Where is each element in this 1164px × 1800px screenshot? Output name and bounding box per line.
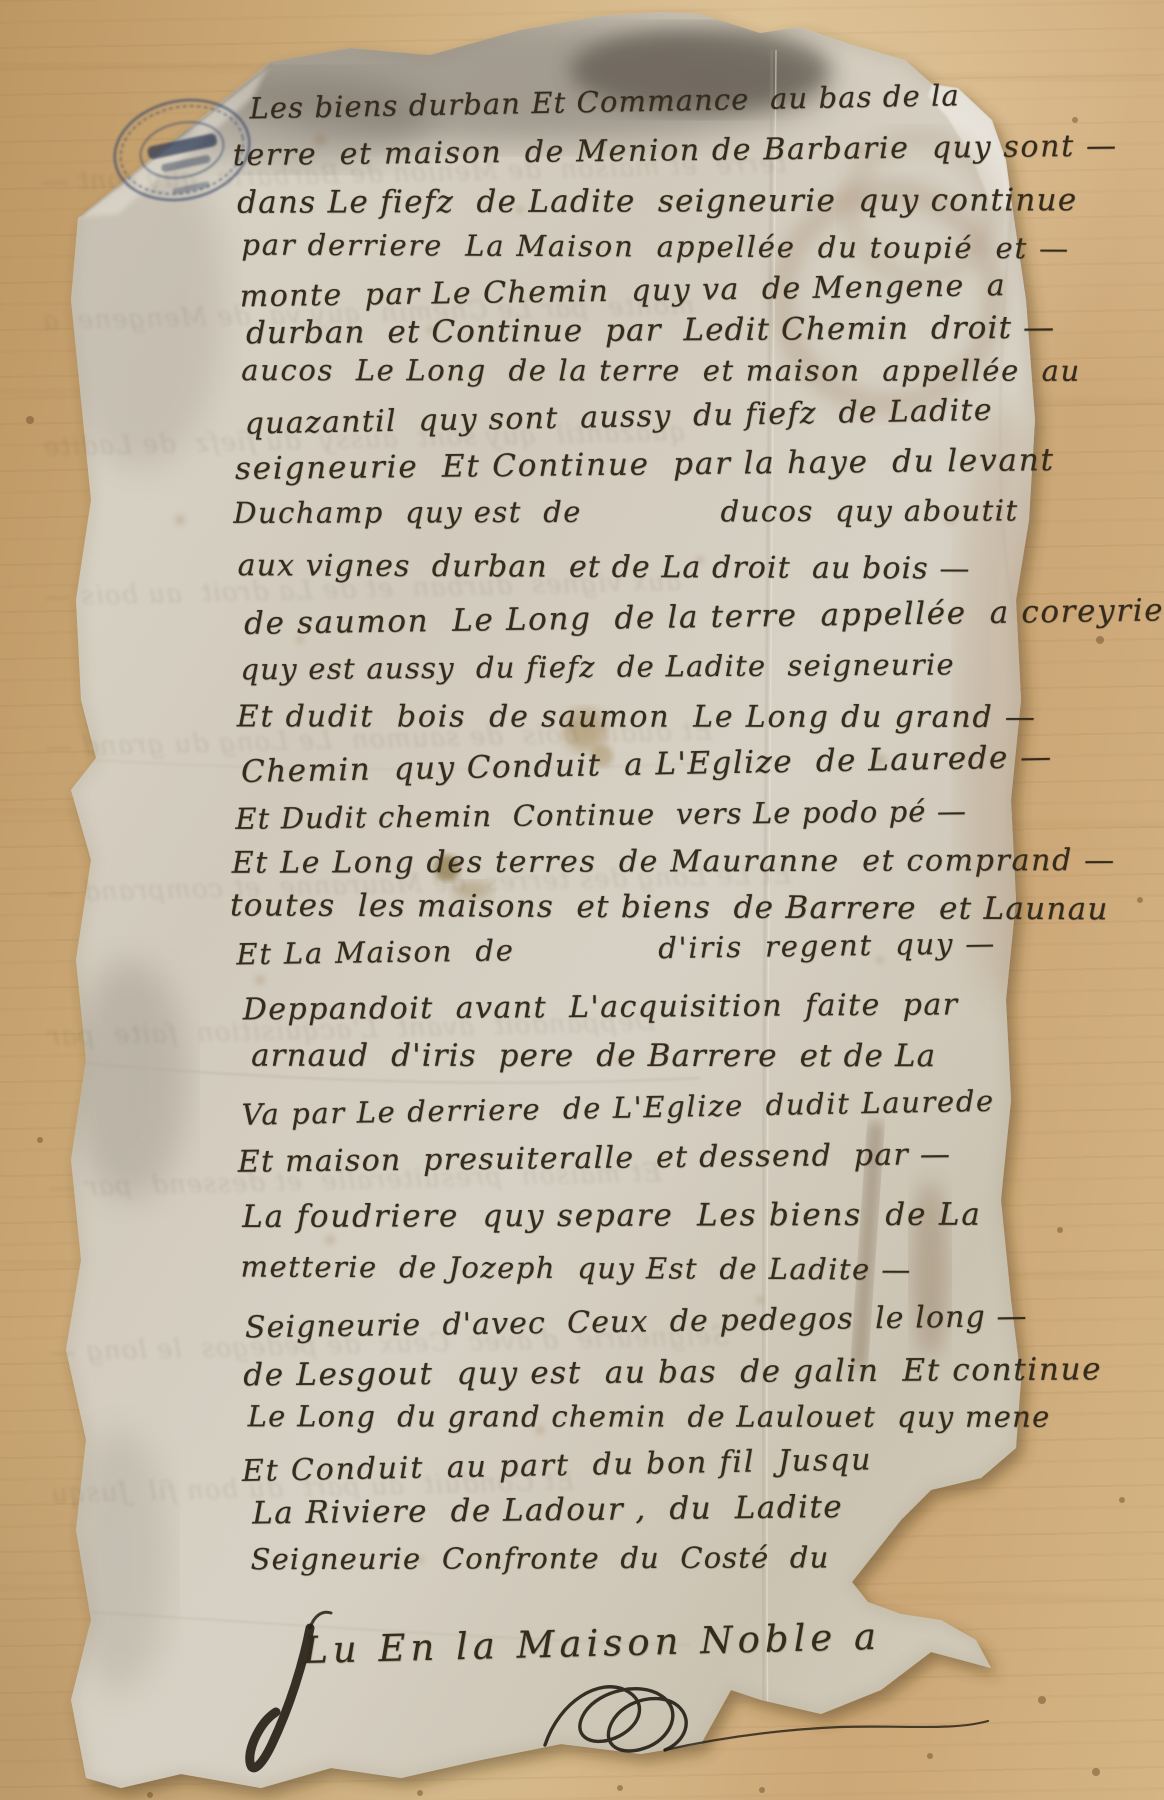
manuscript-line: Les biens durban Et Commance au bas de l… [249, 81, 960, 123]
manuscript-line: Duchamp quy est de ducos quy aboutit [233, 496, 1018, 527]
manuscript-line: Et La Maison de d'iris regent quy — [236, 929, 996, 969]
manuscript-line: Seigneurie d'avec Ceux de pedegos le lon… [245, 1302, 1028, 1343]
manuscript-line: par derriere La Maison appellée du toupi… [241, 231, 1070, 264]
closing-line: Lu En la Maison Noble a [303, 1615, 882, 1672]
manuscript-text-layer: Lu En la Maison Noble a terre et maison … [0, 0, 1164, 1800]
manuscript-line: Et dudit bois de saumon Le Long du grand… [237, 702, 1037, 733]
manuscript-line: Le Long du grand chemin de Laulouet quy … [248, 1402, 1051, 1432]
manuscript-line: dans Le fiefz de Ladite seigneurie quy c… [237, 185, 1077, 219]
wooden-table-surface: Lu En la Maison Noble a terre et maison … [0, 0, 1164, 1800]
manuscript-line: quy est aussy du fiefz de Ladite seigneu… [240, 650, 955, 684]
manuscript-line: La Riviere de Ladour , du Ladite [252, 1492, 843, 1529]
manuscript-line: seigneurie Et Continue par la haye du le… [235, 445, 1055, 485]
manuscript-line: Et Le Long des terres de Mauranne et com… [232, 846, 1116, 879]
manuscript-line: toutes les maisons et biens de Barrere e… [230, 890, 1109, 925]
manuscript-line: monte par Le Chemin quy va de Mengene a [240, 271, 1007, 312]
manuscript-line: durban et Continue par Ledit Chemin droi… [246, 313, 1055, 350]
manuscript-line: Et maison presuiteralle et dessend par — [238, 1140, 952, 1178]
manuscript-line: de Lesgout quy est au bas de galin Et co… [243, 1354, 1102, 1391]
manuscript-line: quazantil quy sont aussy du fiefz de Lad… [244, 396, 993, 440]
manuscript-line: arnaud d'iris pere de Barrere et de La [251, 1041, 936, 1072]
manuscript-line: Va par Le derriere de L'Eglize dudit Lau… [241, 1087, 995, 1130]
manuscript-line: aux vignes durban et de La droit au bois… [238, 551, 971, 584]
manuscript-line: terre et maison de Menion de Barbarie qu… [233, 132, 1118, 172]
manuscript-line: Et Dudit chemin Continue vers Le podo pé… [235, 797, 967, 834]
manuscript-line: metterie de Jozeph quy Est de Ladite — [241, 1253, 912, 1285]
manuscript-line: La foudriere quy separe Les biens de La [242, 1200, 981, 1233]
manuscript-line: Seigneurie Confronte du Costé du [251, 1543, 830, 1574]
manuscript-line: Deppandoit avant L'acquisition faite par [243, 990, 959, 1025]
manuscript-line: aucos Le Long de la terre et maison appe… [241, 356, 1081, 386]
manuscript-line: Et Conduit au part du bon fil Jusqu [242, 1445, 873, 1487]
